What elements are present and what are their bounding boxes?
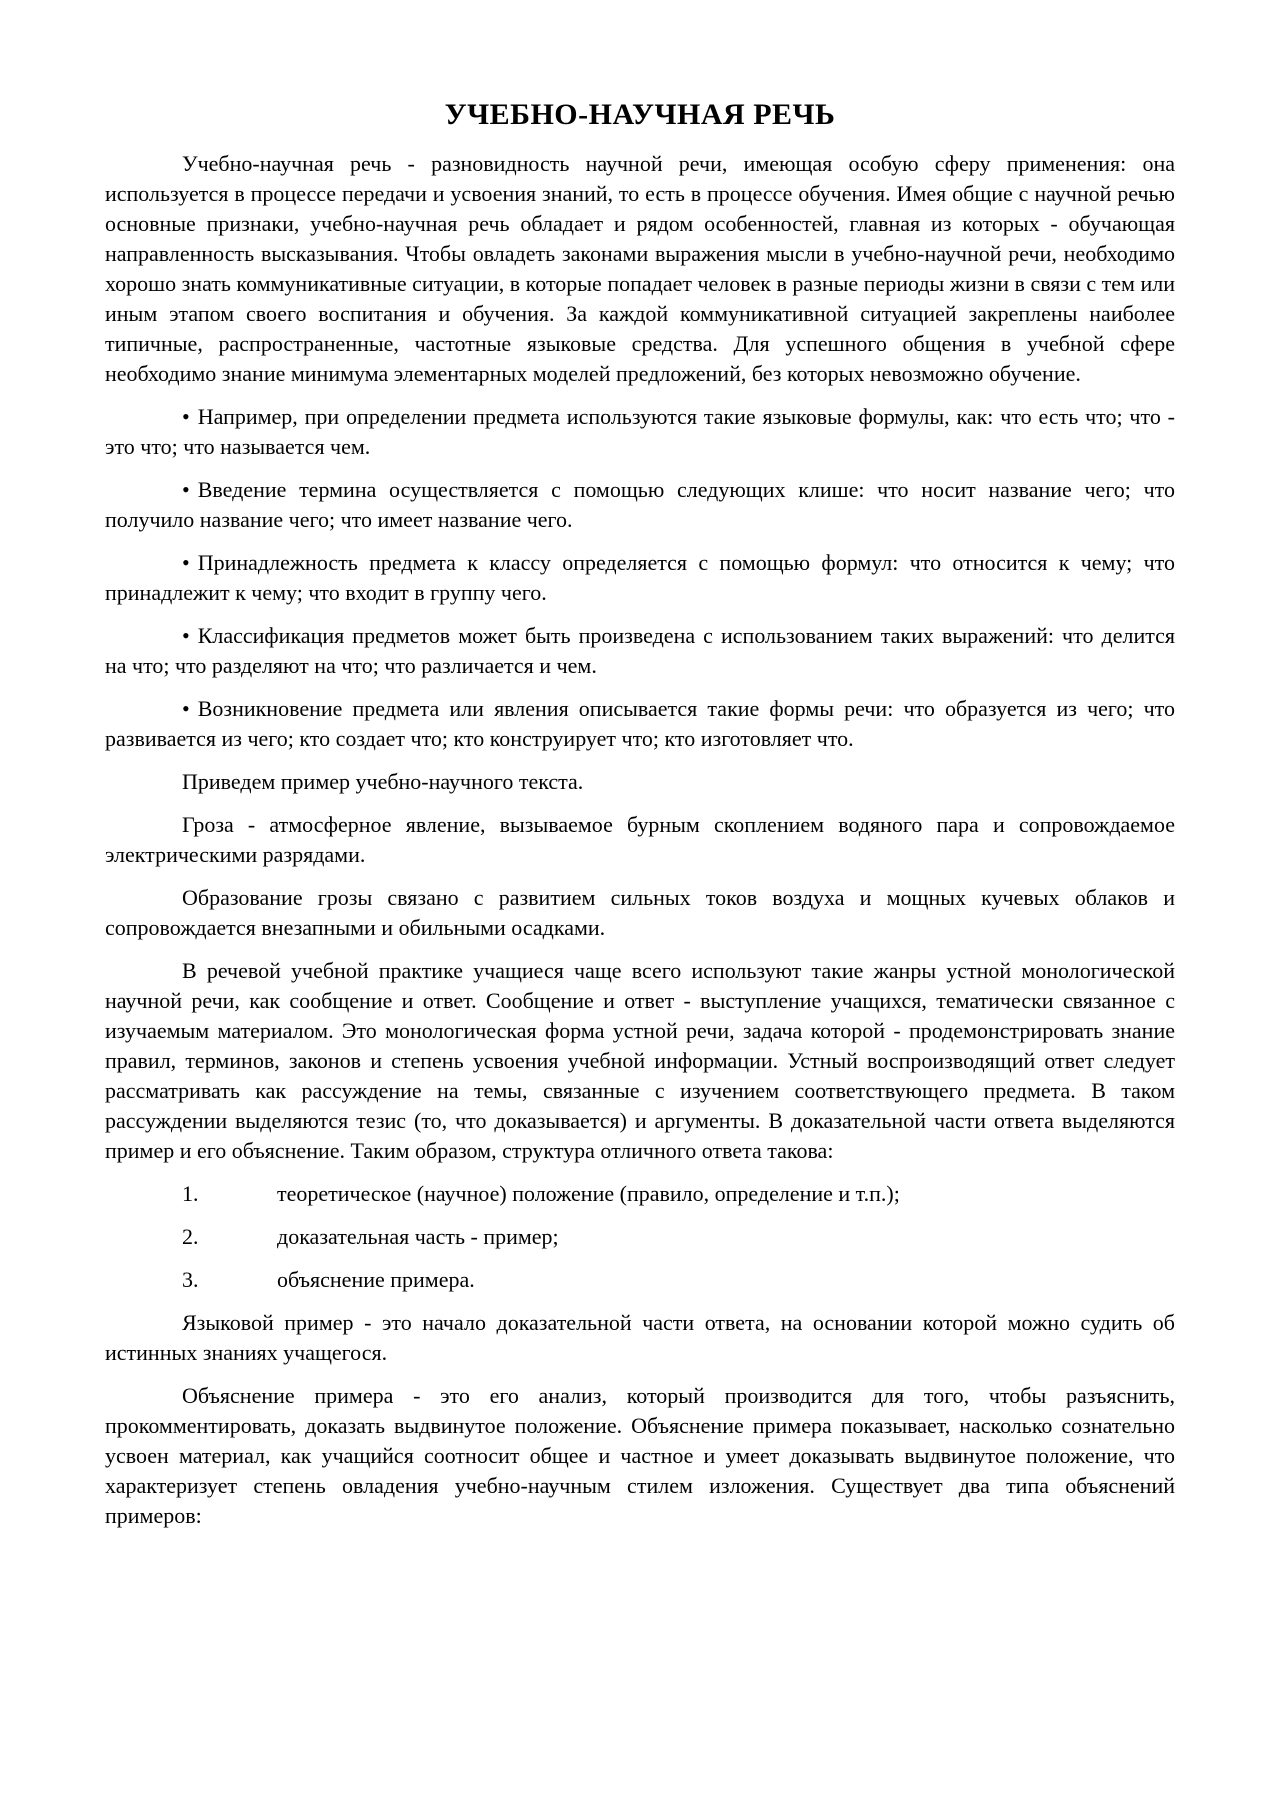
numbered-item-marker: 3. <box>182 1265 277 1295</box>
bullet-icon: • <box>182 623 198 648</box>
bullet-item: •Введение термина осуществляется с помощ… <box>105 475 1175 535</box>
bullet-item: •Классификация предметов может быть прои… <box>105 621 1175 681</box>
numbered-item-text: доказательная часть - пример; <box>277 1224 559 1249</box>
paragraph: Объяснение примера - это его анализ, кот… <box>105 1381 1175 1531</box>
numbered-item-text: объяснение примера. <box>277 1267 475 1292</box>
bullet-icon: • <box>182 404 198 429</box>
paragraph: Образование грозы связано с развитием си… <box>105 883 1175 943</box>
bullet-item-text: Введение термина осуществляется с помощь… <box>105 477 1175 532</box>
numbered-item-text: теоретическое (научное) положение (прави… <box>277 1181 900 1206</box>
paragraph: Приведем пример учебно-научного текста. <box>105 767 1175 797</box>
paragraph: В речевой учебной практике учащиеся чаще… <box>105 956 1175 1166</box>
bullet-item-text: Классификация предметов может быть произ… <box>105 623 1175 678</box>
document-page: УЧЕБНО-НАУЧНАЯ РЕЧЬ Учебно-научная речь … <box>0 0 1280 1811</box>
numbered-item: 2.доказательная часть - пример; <box>105 1222 1175 1252</box>
bullet-icon: • <box>182 550 198 575</box>
bullet-item: •Например, при определении предмета испо… <box>105 402 1175 462</box>
bullet-icon: • <box>182 477 198 502</box>
numbered-item-marker: 2. <box>182 1222 277 1252</box>
paragraph: Языковой пример - это начало доказательн… <box>105 1308 1175 1368</box>
bullet-item: •Принадлежность предмета к классу опреде… <box>105 548 1175 608</box>
bullet-item-text: Возникновение предмета или явления описы… <box>105 696 1175 751</box>
bullet-icon: • <box>182 696 198 721</box>
bullet-item-text: Например, при определении предмета испол… <box>105 404 1175 459</box>
numbered-item-marker: 1. <box>182 1179 277 1209</box>
bullet-item-text: Принадлежность предмета к классу определ… <box>105 550 1175 605</box>
paragraph: Гроза - атмосферное явление, вызываемое … <box>105 810 1175 870</box>
bullet-item: •Возникновение предмета или явления опис… <box>105 694 1175 754</box>
document-title: УЧЕБНО-НАУЧНАЯ РЕЧЬ <box>105 96 1175 133</box>
numbered-item: 3.объяснение примера. <box>105 1265 1175 1295</box>
numbered-item: 1.теоретическое (научное) положение (пра… <box>105 1179 1175 1209</box>
paragraph: Учебно-научная речь - разновидность науч… <box>105 149 1175 389</box>
